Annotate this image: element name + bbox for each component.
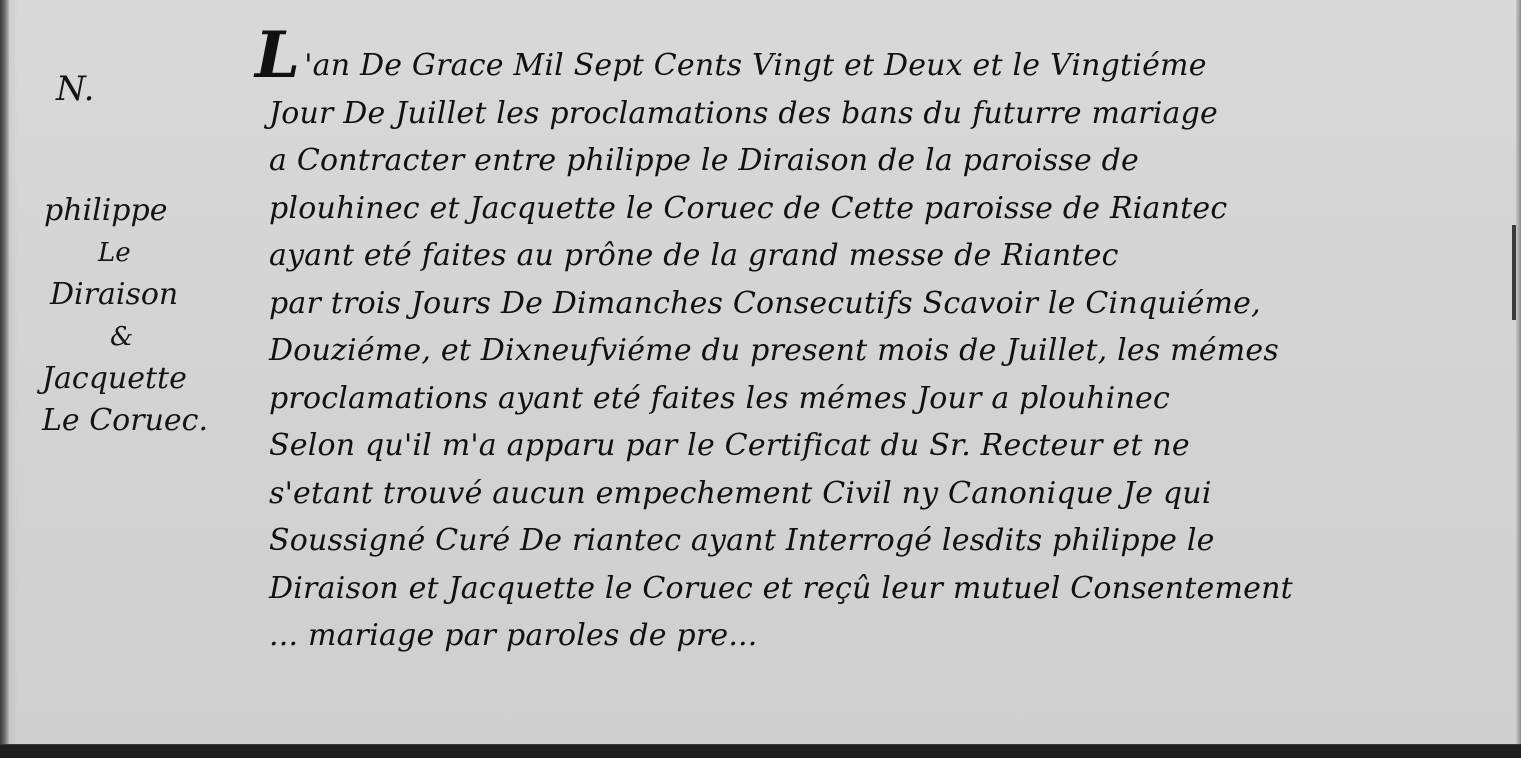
drop-cap: L <box>255 18 300 93</box>
text-line-12-content: Diraison et Jacquette le Coruec et reçû … <box>269 571 1293 606</box>
text-line-1-content: 'an De Grace Mil Sept Cents Vingt et Deu… <box>304 48 1206 83</box>
conjunction: & <box>110 316 258 358</box>
groom-first-name: philippe <box>44 190 258 232</box>
entry-number: N. <box>56 68 258 110</box>
text-line-12: Diraison et Jacquette le Coruec et reçû … <box>255 565 1505 613</box>
text-line-13-content: ... mariage par paroles de pre... <box>269 618 758 653</box>
text-line-11: Soussigné Curé De riantec ayant Interrog… <box>255 517 1505 565</box>
text-line-5-content: ayant eté faites au prône de la grand me… <box>269 238 1119 273</box>
groom-article: Le <box>98 232 258 274</box>
text-line-2: Jour De Juillet les proclamations des ba… <box>255 90 1505 138</box>
text-line-11-content: Soussigné Curé De riantec ayant Interrog… <box>269 523 1215 558</box>
text-line-1: L'an De Grace Mil Sept Cents Vingt et De… <box>255 36 1505 90</box>
text-line-10: s'etant trouvé aucun empechement Civil n… <box>255 470 1505 518</box>
text-line-3-content: a Contracter entre philippe le Diraison … <box>269 143 1139 178</box>
text-line-13: ... mariage par paroles de pre... <box>255 612 1505 660</box>
page-edge-shadow <box>1512 225 1516 320</box>
text-line-2-content: Jour De Juillet les proclamations des ba… <box>269 96 1218 131</box>
text-line-8-content: proclamations ayant eté faites les mémes… <box>269 381 1170 416</box>
viewer-bottom-bar <box>0 744 1521 758</box>
groom-surname: Diraison <box>50 274 258 316</box>
binding-edge <box>0 0 9 744</box>
text-line-3: a Contracter entre philippe le Diraison … <box>255 137 1505 185</box>
text-line-9: Selon qu'il m'a apparu par le Certificat… <box>255 422 1505 470</box>
margin-annotation: N. philippe Le Diraison & Jacquette Le C… <box>38 68 258 442</box>
text-line-6-content: par trois Jours De Dimanches Consecutifs… <box>269 286 1261 321</box>
register-entry-text: L'an De Grace Mil Sept Cents Vingt et De… <box>255 36 1505 660</box>
text-line-7-content: Douziéme, et Dixneufviéme du present moi… <box>269 333 1279 368</box>
text-line-8: proclamations ayant eté faites les mémes… <box>255 375 1505 423</box>
text-line-9-content: Selon qu'il m'a apparu par le Certificat… <box>269 428 1190 463</box>
bride-first-name: Jacquette <box>42 358 258 400</box>
document-page: N. philippe Le Diraison & Jacquette Le C… <box>0 0 1521 744</box>
text-line-6: par trois Jours De Dimanches Consecutifs… <box>255 280 1505 328</box>
bride-surname: Le Coruec. <box>42 400 258 442</box>
text-line-5: ayant eté faites au prône de la grand me… <box>255 232 1505 280</box>
text-line-10-content: s'etant trouvé aucun empechement Civil n… <box>269 476 1212 511</box>
page-right-edge <box>1516 0 1521 744</box>
text-line-4-content: plouhinec et Jacquette le Coruec de Cett… <box>269 191 1227 226</box>
text-line-7: Douziéme, et Dixneufviéme du present moi… <box>255 327 1505 375</box>
text-line-4: plouhinec et Jacquette le Coruec de Cett… <box>255 185 1505 233</box>
